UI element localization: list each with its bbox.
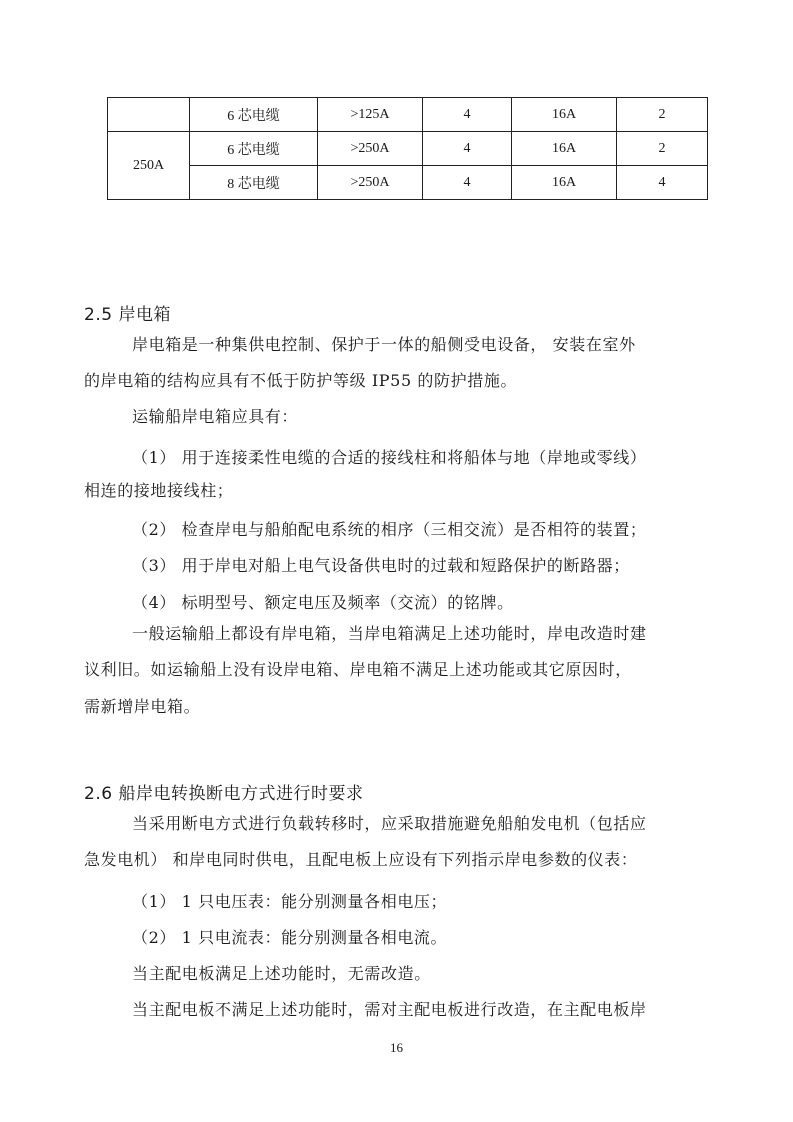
table-cell: 16A <box>512 98 617 132</box>
list-item: （2） 检查岸电与船舶配电系统的相序（三相交流）是否相符的装置； <box>132 517 646 540</box>
table-cell: 16A <box>512 132 617 166</box>
paragraph: 当主配电板不满足上述功能时，需对主配电板进行改造，在主配电板岸 <box>132 997 647 1020</box>
paragraph: 需新增岸电箱。 <box>84 689 709 725</box>
table-cell: 4 <box>423 166 512 200</box>
table-cell: 6 芯电缆 <box>190 98 318 132</box>
paragraph: 急发电机） 和岸电同时供电，且配电板上应设有下列指示岸电参数的仪表： <box>84 842 709 878</box>
table-row: 6 芯电缆 >125A 4 16A 2 <box>108 98 708 132</box>
cable-spec-table: 6 芯电缆 >125A 4 16A 2 250A 6 芯电缆 >250A 4 1… <box>107 97 708 200</box>
table-cell: 2 <box>617 132 708 166</box>
table-cell: 2 <box>617 98 708 132</box>
table-row: 8 芯电缆 >250A 4 16A 4 <box>108 166 708 200</box>
paragraph: 当采用断电方式进行负载转移时，应采取措施避免船舶发电机（包括应 <box>84 806 709 842</box>
paragraph: 当主配电板满足上述功能时，无需改造。 <box>132 961 431 984</box>
table-cell: >125A <box>318 98 423 132</box>
paragraph: 的岸电箱的结构应具有不低于防护等级 IP55 的防护措施。 <box>84 363 709 399</box>
paragraph: 岸电箱是一种集供电控制、保护于一体的船侧受电设备， 安装在室外 <box>84 327 709 363</box>
table-cell: 4 <box>423 132 512 166</box>
list-item: （1） 1 只电压表：能分别测量各相电压； <box>132 889 447 912</box>
table-cell: 6 芯电缆 <box>190 132 318 166</box>
paragraph: 运输船岸电箱应具有： <box>84 399 709 435</box>
list-item: （4） 标明型号、额定电压及频率（交流）的铭牌。 <box>132 590 514 613</box>
paragraph: 一般运输船上都设有岸电箱，当岸电箱满足上述功能时，岸电改造时建 <box>84 616 709 652</box>
table-cell: 16A <box>512 166 617 200</box>
section-heading-2-6: 2.6 船岸电转换断电方式进行时要求 <box>84 779 363 804</box>
table-cell: 4 <box>617 166 708 200</box>
table-cell: >250A <box>318 166 423 200</box>
paragraph: 议利旧。如运输船上没有设岸电箱、岸电箱不满足上述功能或其它原因时， <box>84 652 709 688</box>
table-cell: 8 芯电缆 <box>190 166 318 200</box>
table-row: 250A 6 芯电缆 >250A 4 16A 2 <box>108 132 708 166</box>
table-cell <box>108 98 190 132</box>
section-heading-2-5: 2.5 岸电箱 <box>84 300 171 325</box>
list-item: （2） 1 只电流表：能分别测量各相电流。 <box>132 925 447 948</box>
list-item: （3） 用于岸电对船上电气设备供电时的过载和短路保护的断路器； <box>132 553 630 576</box>
page-number: 16 <box>0 1040 793 1056</box>
list-item: （1） 用于连接柔性电缆的合适的接线柱和将船体与地（岸地或零线） <box>132 445 646 468</box>
table-cell: 4 <box>423 98 512 132</box>
table-cell: 250A <box>108 132 190 200</box>
table-cell: >250A <box>318 132 423 166</box>
list-item-continuation: 相连的接地接线柱； <box>84 473 709 509</box>
